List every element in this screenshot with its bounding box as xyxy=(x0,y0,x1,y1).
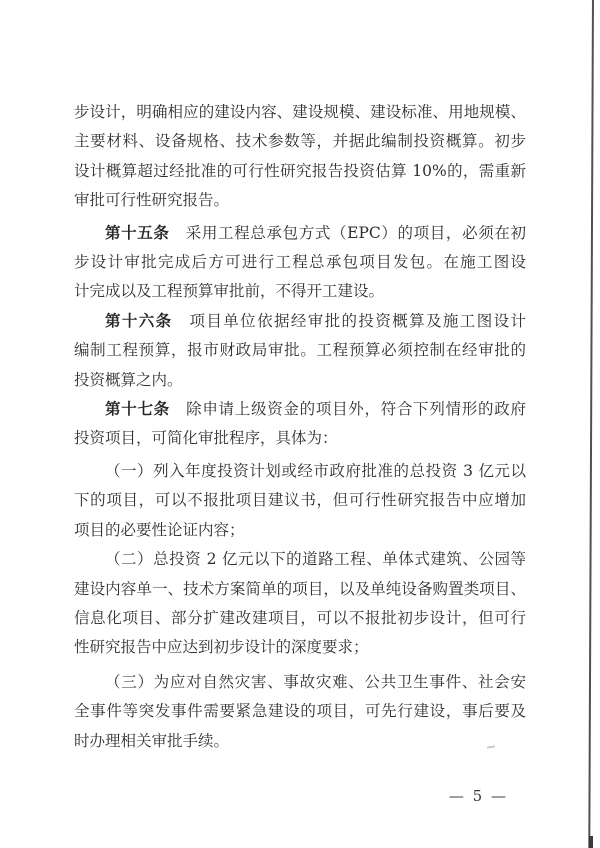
text-line: 下的项目，可以不报批项目建议书，但可行性研究报告中应增加 xyxy=(74,486,526,515)
page-number: — 5 — xyxy=(74,782,526,811)
text-line: （二）总投资 2 亿元以下的道路工程、单体式建筑、公园等 xyxy=(74,545,526,574)
text-line: 建设内容单一、技术方案简单的项目，以及单纯设备购置类项目、 xyxy=(74,575,526,604)
text-line: 主要材料、设备规格、技术参数等，并据此编制投资概算。初步 xyxy=(74,127,526,156)
text-line: 第十六条 项目单位依据经审批的投资概算及施工图设计 xyxy=(74,307,526,336)
text-line: 步设计，明确相应的建设内容、建设规模、建设标准、用地规模、 xyxy=(74,98,526,127)
document-body: 步设计，明确相应的建设内容、建设规模、建设标准、用地规模、 主要材料、设备规格、… xyxy=(74,98,526,811)
paragraph-item-2: （二）总投资 2 亿元以下的道路工程、单体式建筑、公园等 建设内容单一、技术方案… xyxy=(74,545,526,663)
text-line: （一）列入年度投资计划或经市政府批准的总投资 3 亿元以 xyxy=(74,457,526,486)
paragraph-article-17: 第十七条 除申请上级资金的项目外，符合下列情形的政府 投资项目，可简化审批程序，… xyxy=(74,395,526,454)
text-line: 设计概算超过经批准的可行性研究报告投资估算 10%的，需重新 xyxy=(74,157,526,186)
text-segment: 除申请上级资金的项目外，符合下列情形的政府 xyxy=(170,400,526,418)
text-line: 全事件等突发事件需要紧急建设的项目，可先行建设，事后要及 xyxy=(74,697,526,726)
text-line: 编制工程预算，报市财政局审批。工程预算必须控制在经审批的 xyxy=(74,336,526,365)
text-line: 项目的必要性论证内容； xyxy=(74,516,526,545)
text-line: 性研究报告中应达到初步设计的深度要求； xyxy=(74,633,526,662)
text-line: 信息化项目、部分扩建改建项目，可以不报批初步设计，但可行 xyxy=(74,604,526,633)
text-line: 第十七条 除申请上级资金的项目外，符合下列情形的政府 xyxy=(74,395,526,424)
document-page: 步设计，明确相应的建设内容、建设规模、建设标准、用地规模、 主要材料、设备规格、… xyxy=(0,0,600,848)
paragraph-item-3: （三）为应对自然灾害、事故灾难、公共卫生事件、社会安 全事件等突发事件需要紧急建… xyxy=(74,668,526,756)
text-line: 投资项目，可简化审批程序，具体为： xyxy=(74,424,526,453)
paragraph-article-15: 第十五条 采用工程总承包方式（EPC）的项目，必须在初 步设计审批完成后方可进行… xyxy=(74,219,526,307)
text-line: 步设计审批完成后方可进行工程总承包项目发包。在施工图设 xyxy=(74,248,526,277)
text-segment: 采用工程总承包方式（EPC）的项目，必须在初 xyxy=(170,224,526,242)
text-line: 第十五条 采用工程总承包方式（EPC）的项目，必须在初 xyxy=(74,219,526,248)
article-number-label: 第十五条 xyxy=(105,224,170,242)
text-line: 时办理相关审批手续。 xyxy=(74,727,526,756)
text-line: 投资概算之内。 xyxy=(74,366,526,395)
paragraph-continuation: 步设计，明确相应的建设内容、建设规模、建设标准、用地规模、 主要材料、设备规格、… xyxy=(74,98,526,216)
article-number-label: 第十七条 xyxy=(105,400,170,418)
text-line: 审批可行性研究报告。 xyxy=(74,186,526,215)
text-line: 计完成以及工程预算审批前，不得开工建设。 xyxy=(74,277,526,306)
article-number-label: 第十六条 xyxy=(105,312,173,330)
text-line: （三）为应对自然灾害、事故灾难、公共卫生事件、社会安 xyxy=(74,668,526,697)
page-edge-scan-line xyxy=(588,0,594,848)
paragraph-article-16: 第十六条 项目单位依据经审批的投资概算及施工图设计 编制工程预算，报市财政局审批… xyxy=(74,307,526,395)
paragraph-item-1: （一）列入年度投资计划或经市政府批准的总投资 3 亿元以 下的项目，可以不报批项… xyxy=(74,457,526,545)
page-edge-scan-line-bottom xyxy=(589,836,593,848)
text-segment: 项目单位依据经审批的投资概算及施工图设计 xyxy=(173,312,526,330)
